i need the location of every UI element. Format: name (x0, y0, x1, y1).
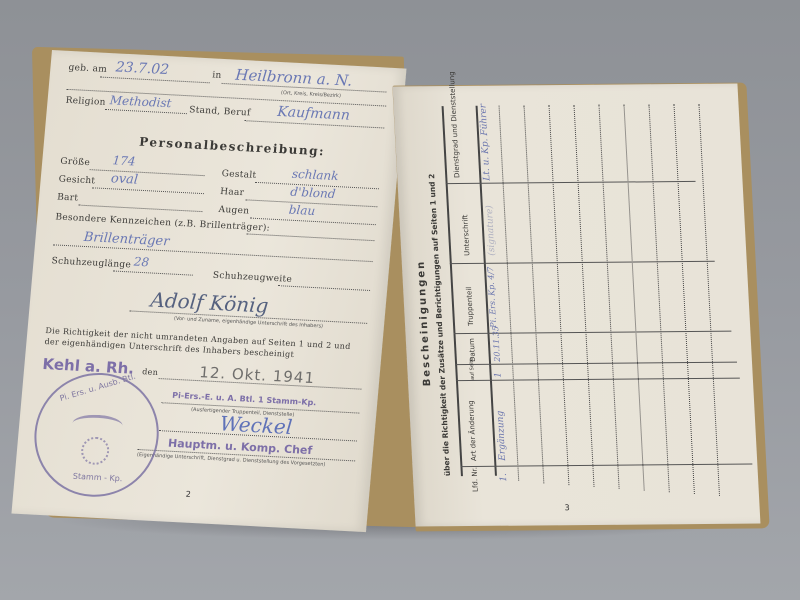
shoe-length-value: 28 (133, 255, 149, 270)
round-stamp-top-text: Pi. Ers. u. Ausb. Btl. (59, 372, 137, 403)
height-value: 174 (112, 153, 136, 168)
row1-art: Ergänzung (494, 386, 508, 461)
row1-truppenteil: Pi. Ers. Kp. 4/7 (486, 266, 498, 328)
col-header-seite: auf Seite (469, 366, 476, 380)
face-line (92, 187, 204, 194)
marks-line (247, 233, 375, 241)
born-label: geb. am (68, 63, 107, 75)
certifications-table: Bescheinigungen über die Richtigkeit der… (393, 84, 761, 527)
page-number-right: 3 (564, 503, 570, 512)
eyes-value: blau (288, 203, 316, 218)
col-divider-6 (460, 464, 752, 468)
col-divider-1 (446, 181, 696, 184)
shoe-length-line (113, 270, 193, 275)
row1-nr: 1. (499, 470, 510, 482)
table-row-line-8 (673, 104, 694, 494)
hair-label: Haar (220, 187, 245, 198)
col-header-dienstgrad: Dienstgrad und Dienststellung (450, 108, 462, 178)
beard-label: Bart (57, 192, 79, 203)
col-divider-5 (456, 378, 740, 381)
row1-seite: 1 (493, 366, 504, 378)
table-row-line-5 (599, 105, 620, 489)
table-row-line-2 (524, 105, 545, 483)
religion-value: Methodist (109, 93, 172, 110)
eyes-label: Augen (218, 205, 250, 217)
hair-value: d'blond (290, 185, 336, 201)
born-date-line (100, 77, 210, 84)
height-label: Größe (60, 157, 91, 169)
table-row-line-9 (698, 104, 720, 496)
shoe-width-line (278, 285, 370, 291)
shoe-width-label: Schuhzeugweite (212, 271, 292, 285)
occupation-label: Stand, Beruf (189, 105, 251, 118)
round-stamp: Pi. Ers. u. Ausb. Btl. Stamm - Kp. (29, 370, 164, 500)
table-row-line-3 (549, 105, 570, 485)
round-stamp-bottom-text: Stamm - Kp. (73, 472, 123, 484)
build-label: Gestalt (221, 169, 257, 181)
date-label: den (142, 367, 159, 377)
col-divider-4 (455, 362, 737, 365)
col-header-truppenteil: Truppenteil (464, 276, 475, 326)
col-header-art: Art der Änderung (466, 386, 478, 461)
table-row-line-6 (623, 104, 644, 490)
row1-unterschrift: (signature) (484, 196, 497, 256)
page-number-left: 2 (185, 490, 191, 499)
row1-datum: 20.11.35 (492, 336, 502, 362)
date-stamp: 12. Okt. 1941 (199, 363, 316, 387)
face-label: Gesicht (58, 175, 95, 187)
religion-line (105, 109, 187, 114)
section-title: Personalbeschreibung: (139, 135, 326, 159)
build-value: schlank (291, 167, 339, 183)
col-header-unterschrift: Unterschrift (461, 206, 472, 256)
born-date-value: 23.7.02 (115, 59, 170, 78)
shoe-length-label: Schuhzeuglänge (51, 256, 131, 270)
face-value: oval (110, 171, 138, 187)
birthplace-caption: (Ort, Kreis, Kreis/Bezirk) (281, 90, 341, 99)
wreath-emblem-icon (80, 436, 110, 465)
right-page: Bescheinigungen über die Richtigkeit der… (393, 84, 761, 527)
table-row-line-4 (574, 105, 595, 487)
religion-label: Religion (65, 96, 106, 108)
birthplace-value: Heilbronn a. N. (235, 66, 353, 90)
table-title: Bescheinigungen (414, 236, 433, 386)
holder-signature-caption: (Vor- und Zuname, eigenhändige Unterschr… (174, 316, 324, 330)
col-header-nr: Lfd. Nr. (471, 468, 480, 492)
table-row-line-7 (648, 104, 669, 492)
occupation-value: Kaufmann (277, 104, 351, 124)
beard-line (79, 205, 203, 212)
born-in-label: in (212, 70, 222, 80)
left-page: geb. am 23.7.02 in Heilbronn a. N. (Ort,… (11, 50, 406, 532)
eagle-emblem-icon (72, 414, 124, 436)
height-line (90, 169, 205, 176)
